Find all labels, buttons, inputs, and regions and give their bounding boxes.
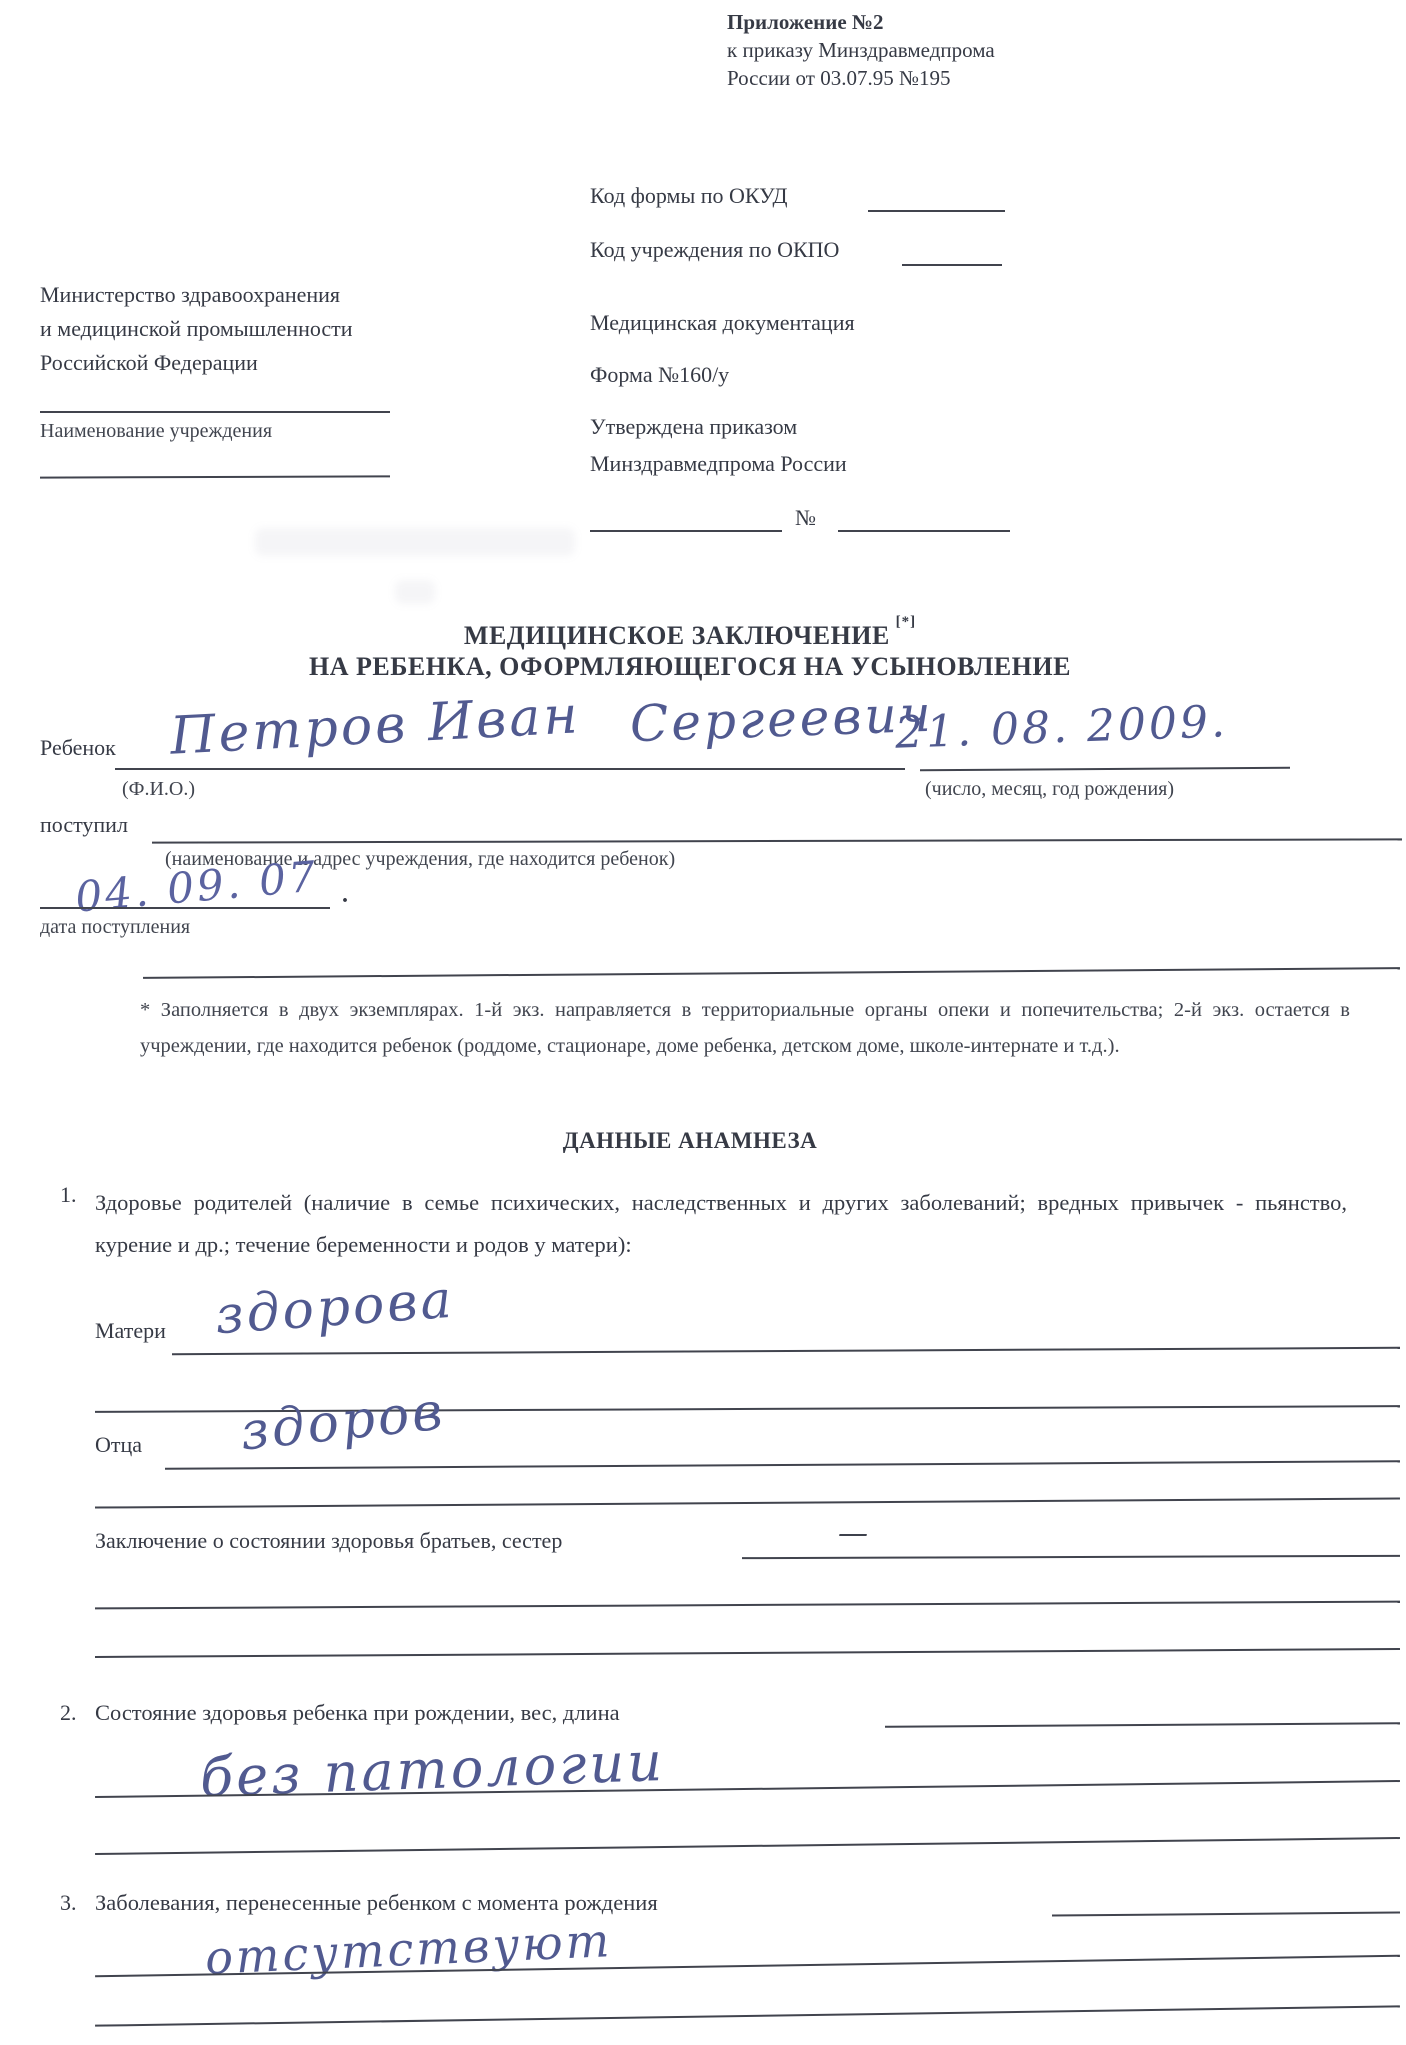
- item3-number: 3.: [60, 1890, 77, 1916]
- blank-line-2: [95, 1497, 1400, 1508]
- form-title-line2: НА РЕБЕНКА, ОФОРМЛЯЮЩЕГОСЯ НА УСЫНОВЛЕНИ…: [0, 652, 1380, 682]
- item3-text: Заболевания, перенесенные ребенком с мом…: [95, 1890, 658, 1916]
- doc-info-line3: Утверждена приказом: [590, 414, 797, 440]
- mother-value-handwriting: здорова: [213, 1270, 456, 1347]
- father-label: Отца: [95, 1432, 142, 1458]
- item2-text: Состояние здоровья ребенка при рождении,…: [95, 1700, 620, 1726]
- period-mark: .: [342, 882, 348, 909]
- mother-label: Матери: [95, 1318, 166, 1344]
- birthdate-underline: [920, 767, 1290, 772]
- title-asterisk: [*]: [896, 614, 917, 630]
- approval-underline-right: [838, 530, 1010, 532]
- footnote-text: * Заполняется в двух экземплярах. 1-й эк…: [140, 992, 1350, 1064]
- admission-date-handwriting: 04. 09. 07: [73, 851, 320, 921]
- approval-underline-left: [590, 530, 782, 532]
- siblings-dash-handwriting: —: [838, 1516, 868, 1551]
- father-underline: [165, 1460, 1400, 1470]
- okud-label: Код формы по ОКУД: [590, 183, 788, 209]
- institution-label: Наименование учреждения: [40, 420, 272, 443]
- admission-date-underline: [40, 907, 330, 909]
- fio-underline: [115, 768, 905, 770]
- ministry-line2: и медицинской промышленности: [40, 316, 353, 342]
- blank-line-6: [95, 2005, 1400, 2026]
- admission-date-label: дата поступления: [40, 916, 190, 939]
- birthdate-hint: (число, месяц, год рождения): [925, 778, 1174, 801]
- scan-artifact: [255, 528, 575, 556]
- anamnesis-title: ДАННЫЕ АНАМНЕЗА: [0, 1128, 1380, 1154]
- blank-line-5: [95, 1837, 1400, 1855]
- appendix-line3: России от 03.07.95 №195: [727, 66, 950, 91]
- siblings-underline: [742, 1555, 1400, 1559]
- father-value-handwriting: здоров: [237, 1381, 448, 1462]
- mother-underline: [172, 1347, 1400, 1355]
- item2-value-handwriting: без патологии: [199, 1730, 666, 1809]
- institution-underline-bottom: [40, 475, 390, 478]
- admitted-label: поступил: [40, 812, 128, 838]
- fio-hint: (Ф.И.О.): [122, 778, 195, 801]
- doc-info-line1: Медицинская документация: [590, 310, 855, 336]
- child-patronymic-handwriting: Сергеевич: [629, 685, 935, 754]
- okpo-underline: [902, 264, 1002, 266]
- child-birthdate-handwriting: 21. 08. 2009.: [894, 696, 1228, 759]
- appendix-line1: Приложение №2: [727, 10, 884, 35]
- blank-line-3: [95, 1601, 1400, 1610]
- doc-info-line2: Форма №160/у: [590, 362, 729, 388]
- item3-underline: [1052, 1911, 1400, 1916]
- okud-underline: [868, 210, 1005, 212]
- child-label: Ребенок: [40, 735, 116, 761]
- doc-info-line4: Минздравмедпрома России: [590, 451, 847, 477]
- item1-number: 1.: [60, 1182, 77, 1208]
- item2-underline: [885, 1722, 1400, 1728]
- scan-artifact: [395, 580, 435, 604]
- approval-number-sign: №: [795, 505, 816, 531]
- appendix-line2: к приказу Минздравмедпрома: [727, 38, 995, 63]
- ministry-line1: Министерство здравоохранения: [40, 282, 340, 308]
- item1-text: Здоровье родителей (наличие в семье псих…: [95, 1182, 1347, 1266]
- ministry-line3: Российской Федерации: [40, 350, 258, 376]
- admitted-underline: [152, 838, 1402, 843]
- scanned-form-page: Приложение №2 к приказу Минздравмедпрома…: [0, 0, 1406, 2045]
- footnote-separator-line: [143, 967, 1400, 979]
- child-fio-handwriting: Петров Иван: [169, 685, 582, 766]
- blank-line-4: [95, 1648, 1400, 1658]
- form-title-line1: МЕДИЦИНСКОЕ ЗАКЛЮЧЕНИЕ [*]: [0, 614, 1380, 651]
- institution-underline-top: [40, 411, 390, 413]
- siblings-label: Заключение о состоянии здоровья братьев,…: [95, 1528, 562, 1554]
- item2-number: 2.: [60, 1700, 77, 1726]
- okpo-label: Код учреждения по ОКПО: [590, 237, 839, 263]
